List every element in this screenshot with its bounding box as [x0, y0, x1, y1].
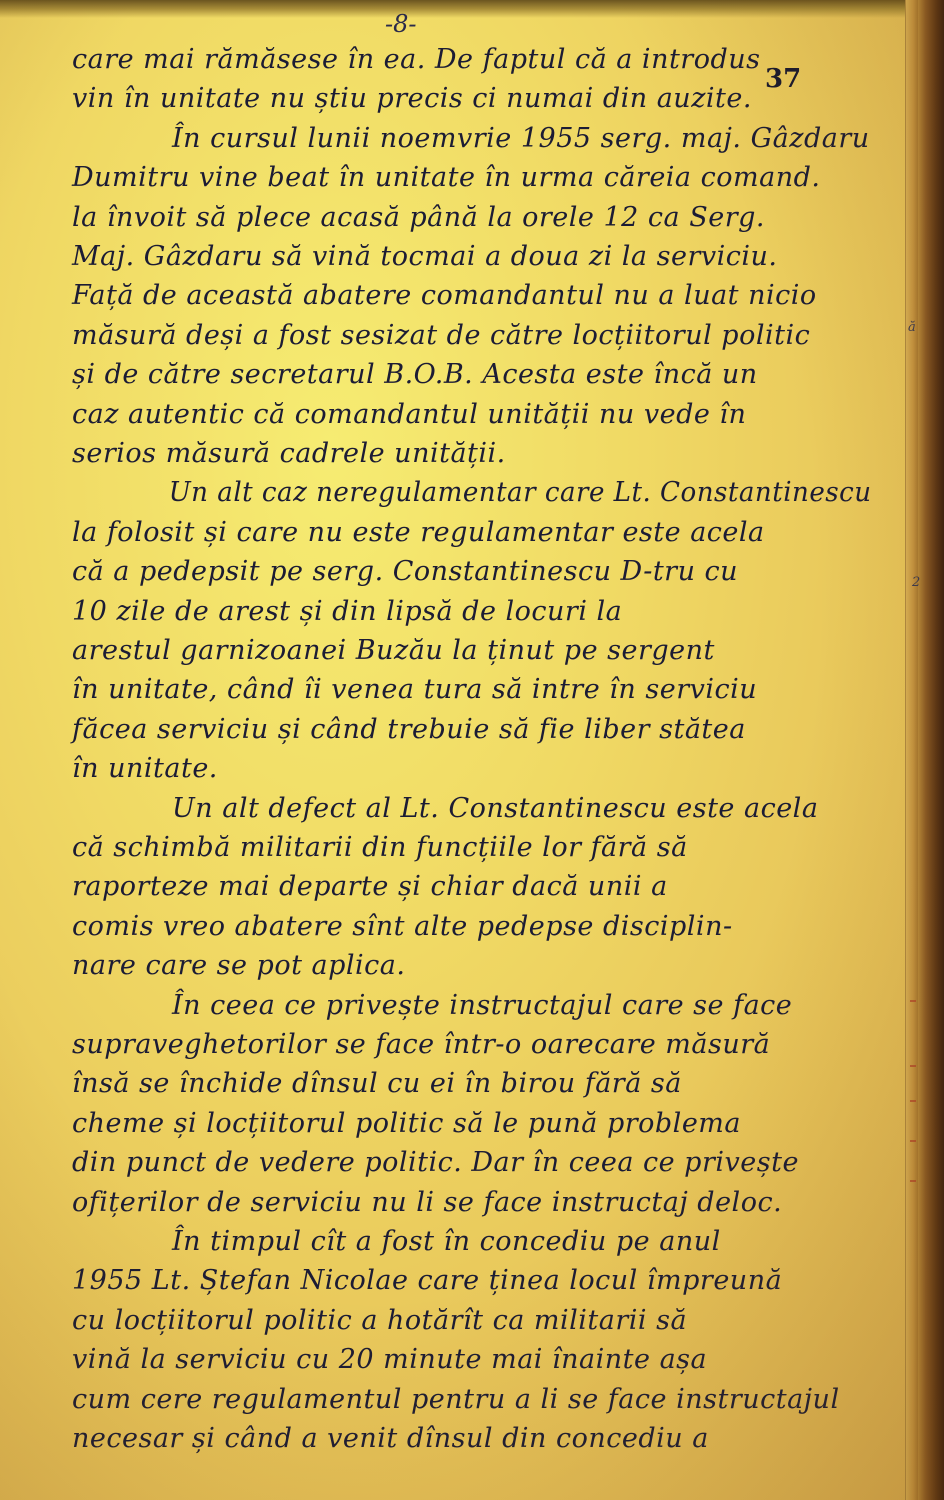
text-line: În ceea ce privește instructajul care se…: [72, 990, 792, 1021]
text-line: și de către secretarul B.O.B. Acesta est…: [72, 359, 758, 390]
text-line: în unitate, când îi venea tura să intre …: [72, 674, 757, 705]
text-line: Un alt defect al Lt. Constantinescu este…: [72, 793, 818, 824]
text-line: Maj. Gâzdaru să vină tocmai a doua zi la…: [72, 241, 777, 272]
text-line: Un alt caz neregulamentar care Lt. Const…: [72, 477, 872, 508]
text-line: În timpul cît a fost în concediu pe anul: [72, 1226, 721, 1257]
text-line: cheme și locțiitorul politic să le pună …: [72, 1108, 741, 1139]
text-line: caz autentic că comandantul unității nu …: [72, 399, 746, 430]
text-line: vină la serviciu cu 20 minute mai înaint…: [72, 1344, 707, 1375]
text-line: nare care se pot aplica.: [72, 950, 405, 981]
text-line: serios măsură cadrele unității.: [72, 438, 506, 469]
text-line: 10 zile de arest și din lipsă de locuri …: [72, 596, 622, 627]
archive-folio-number: 37: [765, 64, 801, 94]
book-binding: [918, 0, 944, 1500]
text-line: 1955 Lt. Ștefan Nicolae care ținea locul…: [72, 1265, 782, 1296]
text-line: măsură deși a fost sesizat de către locț…: [72, 320, 810, 351]
text-line: raporteze mai departe și chiar dacă unii…: [72, 871, 668, 902]
text-line: Față de această abatere comandantul nu a…: [72, 280, 817, 311]
text-line: la folosit și care nu este regulamentar …: [72, 517, 765, 548]
page-stack-edge: [905, 0, 918, 1500]
page-top-shadow: [0, 0, 944, 18]
document-scan: -8- 37 ă 2 care mai rămăsese în ea. De f…: [0, 0, 944, 1500]
text-line: că a pedepsit pe serg. Constantinescu D-…: [72, 556, 738, 587]
text-line: Dumitru vine beat în unitate în urma căr…: [72, 162, 820, 193]
text-line: că schimbă militarii din funcțiile lor f…: [72, 832, 688, 863]
margin-note: 2: [912, 575, 920, 590]
text-line: însă se închide dînsul cu ei în birou fă…: [72, 1068, 682, 1099]
text-line: în unitate.: [72, 753, 218, 784]
text-line: ofițerilor de serviciu nu li se face ins…: [72, 1187, 782, 1218]
text-line: făcea serviciu și când trebuie să fie li…: [72, 714, 746, 745]
page-number: -8-: [385, 10, 417, 38]
text-line: arestul garnizoanei Buzău la ținut pe se…: [72, 635, 715, 666]
margin-note: ă: [908, 320, 916, 335]
text-line: În cursul lunii noemvrie 1955 serg. maj.…: [72, 123, 870, 154]
text-line: care mai rămăsese în ea. De faptul că a …: [72, 44, 761, 75]
text-line: la învoit să plece acasă până la orele 1…: [72, 202, 765, 233]
text-line: necesar și când a venit dînsul din conce…: [72, 1423, 709, 1454]
text-line: cum cere regulamentul pentru a li se fac…: [72, 1384, 840, 1415]
text-line: din punct de vedere politic. Dar în ceea…: [72, 1147, 799, 1178]
text-line: supraveghetorilor se face într-o oarecar…: [72, 1029, 770, 1060]
text-line: cu locțiitorul politic a hotărît ca mili…: [72, 1305, 687, 1336]
text-line: vin în unitate nu știu precis ci numai d…: [72, 83, 752, 114]
text-line: comis vreo abatere sînt alte pedepse dis…: [72, 911, 733, 942]
